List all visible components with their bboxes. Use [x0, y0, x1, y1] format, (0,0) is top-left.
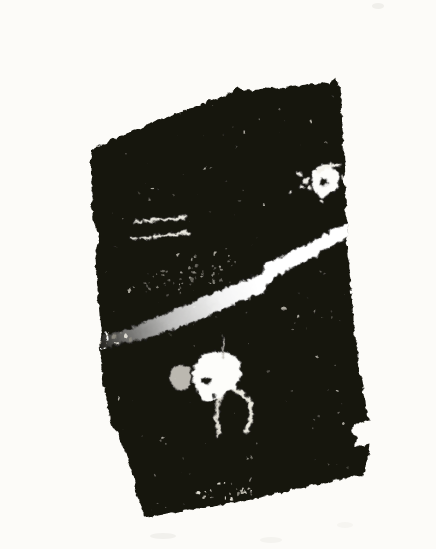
burst-satellite: [318, 197, 322, 201]
dash-segment: [171, 231, 186, 233]
burst-satellite: [298, 182, 302, 186]
dark-photo-plate: [84, 78, 369, 516]
burst-satellite: [339, 173, 343, 177]
burst-satellite: [305, 184, 309, 188]
dash-segment: [139, 235, 148, 236]
burst-satellite: [289, 188, 292, 191]
flower-dark-notch: [210, 392, 216, 396]
halftone-photograph: [0, 0, 436, 549]
dash-segment: [152, 233, 170, 235]
dash-segment: [143, 218, 161, 220]
dash-segment: [133, 219, 139, 220]
dash-segment: [163, 216, 183, 218]
burst-satellite: [296, 170, 301, 175]
burst-satellite: [301, 175, 307, 181]
scanned-photo-page: [0, 0, 436, 549]
